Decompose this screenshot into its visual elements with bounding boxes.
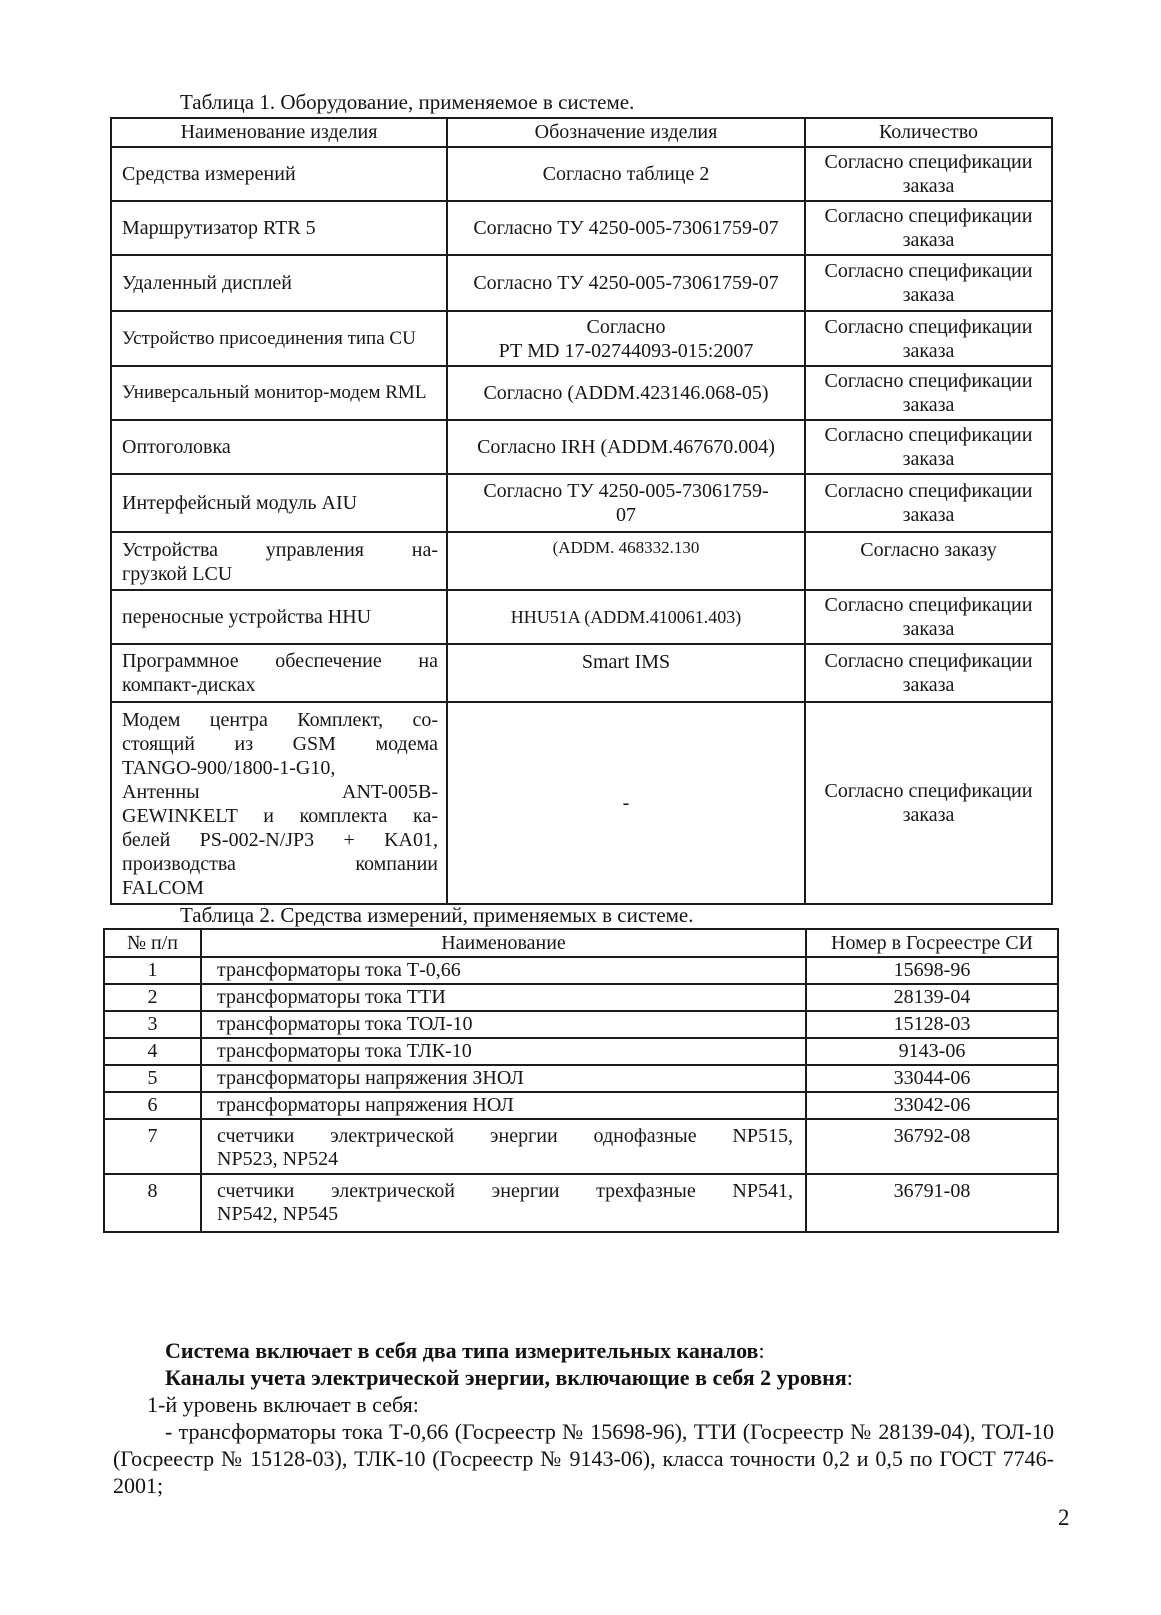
t1-cell-designation: Согласно IRH (ADDM.467670.004)	[447, 420, 805, 474]
table-row: 7 счетчики электрической энергии однофаз…	[104, 1119, 1058, 1174]
t1-cell-name: Средства измерений	[111, 147, 447, 201]
equipment-table-header-row: Наименование изделия Обозначение изделия…	[111, 118, 1052, 147]
t1-cell-name: Программное обеспечение накомпакт-дисках	[111, 644, 447, 702]
t1-cell-quantity: Согласно спецификации заказа	[805, 366, 1052, 420]
table-row: Устройства управления на-грузкой LCU (AD…	[111, 532, 1052, 590]
t1-cell-designation: Smart IMS	[447, 644, 805, 702]
table-row: 3 трансформаторы тока ТОЛ-10 15128-03	[104, 1011, 1058, 1038]
body-line-2: Каналы учета электрической энергии, вклю…	[113, 1364, 1054, 1391]
t1-cell-quantity: Согласно спецификации заказа	[805, 201, 1052, 255]
t2-header-num: № п/п	[104, 929, 201, 957]
t1-cell-name: Устройство присоединения типа CU	[111, 311, 447, 366]
t2-cell-name: трансформаторы тока ТОЛ-10	[201, 1011, 806, 1038]
instruments-table-header-row: № п/п Наименование Номер в Госреестре СИ	[104, 929, 1058, 957]
t1-cell-name: Удаленный дисплей	[111, 255, 447, 311]
t2-cell-name: трансформаторы напряжения НОЛ	[201, 1092, 806, 1119]
t1-cell-quantity: Согласно спецификации заказа	[805, 702, 1052, 904]
t2-cell-reg: 36791-08	[806, 1174, 1058, 1232]
t1-cell-designation: (ADDM. 468332.130	[447, 532, 805, 590]
t1-header-name: Наименование изделия	[111, 118, 447, 147]
t1-cell-quantity: Согласно спецификации заказа	[805, 420, 1052, 474]
body-line-1-bold: Система включает в себя два типа измерит…	[165, 1338, 758, 1363]
table-row: 6 трансформаторы напряжения НОЛ 33042-06	[104, 1092, 1058, 1119]
t1-cell-quantity: Согласно спецификации заказа	[805, 255, 1052, 311]
t2-cell-num: 6	[104, 1092, 201, 1119]
t2-cell-num: 1	[104, 957, 201, 984]
t1-cell-designation: Согласно таблице 2	[447, 147, 805, 201]
t1-cell-quantity: Согласно спецификации заказа	[805, 474, 1052, 532]
t2-cell-name: трансформаторы тока Т-0,66	[201, 957, 806, 984]
table-row: Устройство присоединения типа CU Согласн…	[111, 311, 1052, 366]
t1-cell-quantity: Согласно спецификации заказа	[805, 311, 1052, 366]
t1-cell-name: Оптоголовка	[111, 420, 447, 474]
t1-cell-quantity: Согласно спецификации заказа	[805, 644, 1052, 702]
table1-caption: Таблица 1. Оборудование, применяемое в с…	[180, 90, 634, 115]
body-line-1: Система включает в себя два типа измерит…	[113, 1337, 1054, 1364]
t2-header-reg: Номер в Госреестре СИ	[806, 929, 1058, 957]
table-row: 4 трансформаторы тока ТЛК-10 9143-06	[104, 1038, 1058, 1065]
t2-header-name: Наименование	[201, 929, 806, 957]
t1-cell-name: переносные устройства HHU	[111, 590, 447, 644]
t2-cell-reg: 33042-06	[806, 1092, 1058, 1119]
table-row: Программное обеспечение накомпакт-дисках…	[111, 644, 1052, 702]
t2-cell-name: трансформаторы напряжения ЗНОЛ	[201, 1065, 806, 1092]
table-row: 1 трансформаторы тока Т-0,66 15698-96	[104, 957, 1058, 984]
t1-cell-quantity: Согласно спецификации заказа	[805, 147, 1052, 201]
table-row: Оптоголовка Согласно IRH (ADDM.467670.00…	[111, 420, 1052, 474]
body-line-2-bold: Каналы учета электрической энергии, вклю…	[165, 1365, 847, 1390]
table-row: Модем центра Комплект, со-стоящий из GSM…	[111, 702, 1052, 904]
t2-cell-num: 8	[104, 1174, 201, 1232]
t2-cell-name: трансформаторы тока ТТИ	[201, 984, 806, 1011]
table-row: Интерфейсный модуль AIU Согласно ТУ 4250…	[111, 474, 1052, 532]
equipment-table: Наименование изделия Обозначение изделия…	[110, 117, 1053, 905]
t2-cell-num: 5	[104, 1065, 201, 1092]
body-line-1-tail: :	[758, 1338, 764, 1363]
t2-cell-reg: 15698-96	[806, 957, 1058, 984]
table-row: 8 счетчики электрической энергии трехфаз…	[104, 1174, 1058, 1232]
document-page: Таблица 1. Оборудование, применяемое в с…	[0, 0, 1161, 1615]
body-text: Система включает в себя два типа измерит…	[113, 1337, 1054, 1499]
table-row: 2 трансформаторы тока ТТИ 28139-04	[104, 984, 1058, 1011]
t1-cell-quantity: Согласно заказу	[805, 532, 1052, 590]
body-line-3: 1-й уровень включает в себя:	[113, 1391, 1054, 1418]
table-row: Средства измерений Согласно таблице 2 Со…	[111, 147, 1052, 201]
t2-cell-name: трансформаторы тока ТЛК-10	[201, 1038, 806, 1065]
t1-cell-name: Универсальный монитор-модем RML	[111, 366, 447, 420]
t1-cell-designation: -	[447, 702, 805, 904]
t1-cell-name: Модем центра Комплект, со-стоящий из GSM…	[111, 702, 447, 904]
page-number: 2	[1058, 1505, 1070, 1531]
t2-cell-reg: 33044-06	[806, 1065, 1058, 1092]
t1-cell-designation: HHU51A (ADDM.410061.403)	[447, 590, 805, 644]
t1-cell-designation: Согласно ТУ 4250-005-73061759-07	[447, 255, 805, 311]
t2-cell-reg: 15128-03	[806, 1011, 1058, 1038]
table-row: 5 трансформаторы напряжения ЗНОЛ 33044-0…	[104, 1065, 1058, 1092]
table-row: переносные устройства HHU HHU51A (ADDM.4…	[111, 590, 1052, 644]
measuring-instruments-table: № п/п Наименование Номер в Госреестре СИ…	[103, 928, 1059, 1233]
t2-cell-name: счетчики электрической энергии однофазны…	[201, 1119, 806, 1174]
t1-header-designation: Обозначение изделия	[447, 118, 805, 147]
t2-cell-num: 4	[104, 1038, 201, 1065]
t1-cell-designation: Согласно ТУ 4250-005-73061759-07	[447, 474, 805, 532]
t2-cell-reg: 36792-08	[806, 1119, 1058, 1174]
t1-cell-designation: Согласно (ADDM.423146.068-05)	[447, 366, 805, 420]
t1-cell-designation: СогласноРТ MD 17-02744093-015:2007	[447, 311, 805, 366]
body-paragraph: - трансформаторы тока Т-0,66 (Госреестр …	[113, 1418, 1054, 1499]
table2-caption: Таблица 2. Средства измерений, применяем…	[180, 903, 694, 928]
t2-cell-name: счетчики электрической энергии трехфазны…	[201, 1174, 806, 1232]
t1-cell-quantity: Согласно спецификации заказа	[805, 590, 1052, 644]
t1-cell-name: Маршрутизатор RTR 5	[111, 201, 447, 255]
t2-cell-num: 7	[104, 1119, 201, 1174]
t2-cell-reg: 9143-06	[806, 1038, 1058, 1065]
t1-header-quantity: Количество	[805, 118, 1052, 147]
table-row: Маршрутизатор RTR 5 Согласно ТУ 4250-005…	[111, 201, 1052, 255]
t2-cell-num: 3	[104, 1011, 201, 1038]
t2-cell-num: 2	[104, 984, 201, 1011]
table-row: Удаленный дисплей Согласно ТУ 4250-005-7…	[111, 255, 1052, 311]
t1-cell-name: Устройства управления на-грузкой LCU	[111, 532, 447, 590]
body-line-2-tail: :	[847, 1365, 853, 1390]
t2-cell-reg: 28139-04	[806, 984, 1058, 1011]
t1-cell-name: Интерфейсный модуль AIU	[111, 474, 447, 532]
table-row: Универсальный монитор-модем RML Согласно…	[111, 366, 1052, 420]
t1-cell-designation: Согласно ТУ 4250-005-73061759-07	[447, 201, 805, 255]
